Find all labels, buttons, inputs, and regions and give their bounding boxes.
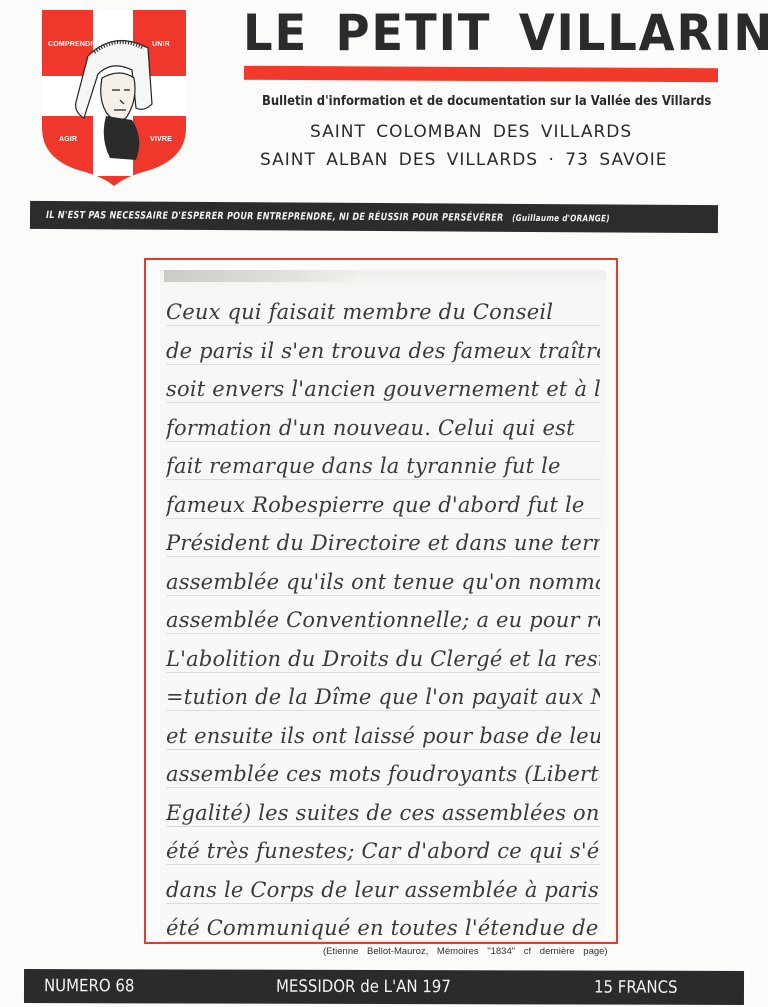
manuscript-line: soit envers l'ancien gouvernement et à l… <box>166 369 600 409</box>
savoy-crest-logo: COMPRENDRE UNIR AGIR VIVRE <box>40 8 188 186</box>
manuscript-line: et ensuite ils ont laissé pour base de l… <box>166 716 600 756</box>
manuscript-image: Ceux qui faisait membre du Conseilde par… <box>160 270 606 934</box>
manuscript-line: assemblée qu'ils ont tenue qu'on nommait <box>166 562 600 602</box>
motto-quote: IL N'EST PAS NECESSAIRE D'ESPERER POUR E… <box>46 209 504 223</box>
manuscript-line: Ceux qui faisait membre du Conseil <box>166 292 600 332</box>
manuscript-line: été Communiqué en toutes l'étendue de la… <box>166 908 600 948</box>
crest-word-agir: AGIR <box>59 136 77 143</box>
manuscript-line: été très funestes; Car d'abord ce qui s'… <box>166 831 600 871</box>
manuscript-line: =tution de la Dîme que l'on payait aux N… <box>166 677 600 717</box>
manuscript-line: assemblée ces mots foudroyants (Liberté … <box>166 754 600 794</box>
manuscript-line: de paris il s'en trouva des fameux traît… <box>166 331 600 371</box>
crest-word-unir: UNIR <box>152 41 170 48</box>
title-underline-rule <box>244 66 718 82</box>
manuscript-line: formation d'un nouveau. Celui qui est <box>166 408 600 448</box>
manuscript-line: Président du Directoire et dans une terr… <box>166 523 600 563</box>
issue-price: 15 FRANCS <box>594 978 678 998</box>
publication-title: LE PETIT VILLARIN <box>243 4 689 62</box>
issue-number: NUMERO 68 <box>44 976 135 996</box>
place-line-2: SAINT ALBAN DES VILLARDS · 73 SAVOIE <box>260 150 667 170</box>
footer-banner: NUMERO 68 MESSIDOR de L'AN 197 15 FRANCS <box>24 969 744 1005</box>
manuscript-line: fait remarque dans la tyrannie fut le <box>166 446 600 486</box>
manuscript-line: assemblée Conventionnelle; a eu pour rés… <box>166 600 600 640</box>
manuscript-line: dans le Corps de leur assemblée à paris … <box>166 870 600 910</box>
manuscript-line: Egalité) les suites de ces assemblées on… <box>166 793 600 833</box>
crest-word-vivre: VIVRE <box>150 136 172 143</box>
crest-word-comprendre: COMPRENDRE <box>48 41 101 48</box>
scan-shadow <box>164 270 364 282</box>
motto-text: IL N'EST PAS NECESSAIRE D'ESPERER POUR E… <box>46 209 610 223</box>
shield-cross-icon <box>40 8 188 186</box>
issue-date: MESSIDOR de L'AN 197 <box>276 977 451 997</box>
manuscript-frame: Ceux qui faisait membre du Conseilde par… <box>144 258 618 944</box>
manuscript-line: fameux Robespierre que d'abord fut le <box>166 485 600 525</box>
publication-subtitle: Bulletin d'information et de documentati… <box>262 93 640 109</box>
manuscript-caption: (Etienne Bellot-Mauroz, Mémoires "1834" … <box>323 946 608 957</box>
place-line-1: SAINT COLOMBAN DES VILLARDS <box>310 122 632 142</box>
manuscript-line: L'abolition du Droits du Clergé et la re… <box>166 639 600 679</box>
motto-author: (Guillaume d'ORANGE) <box>512 213 610 224</box>
motto-banner: IL N'EST PAS NECESSAIRE D'ESPERER POUR E… <box>30 201 718 233</box>
